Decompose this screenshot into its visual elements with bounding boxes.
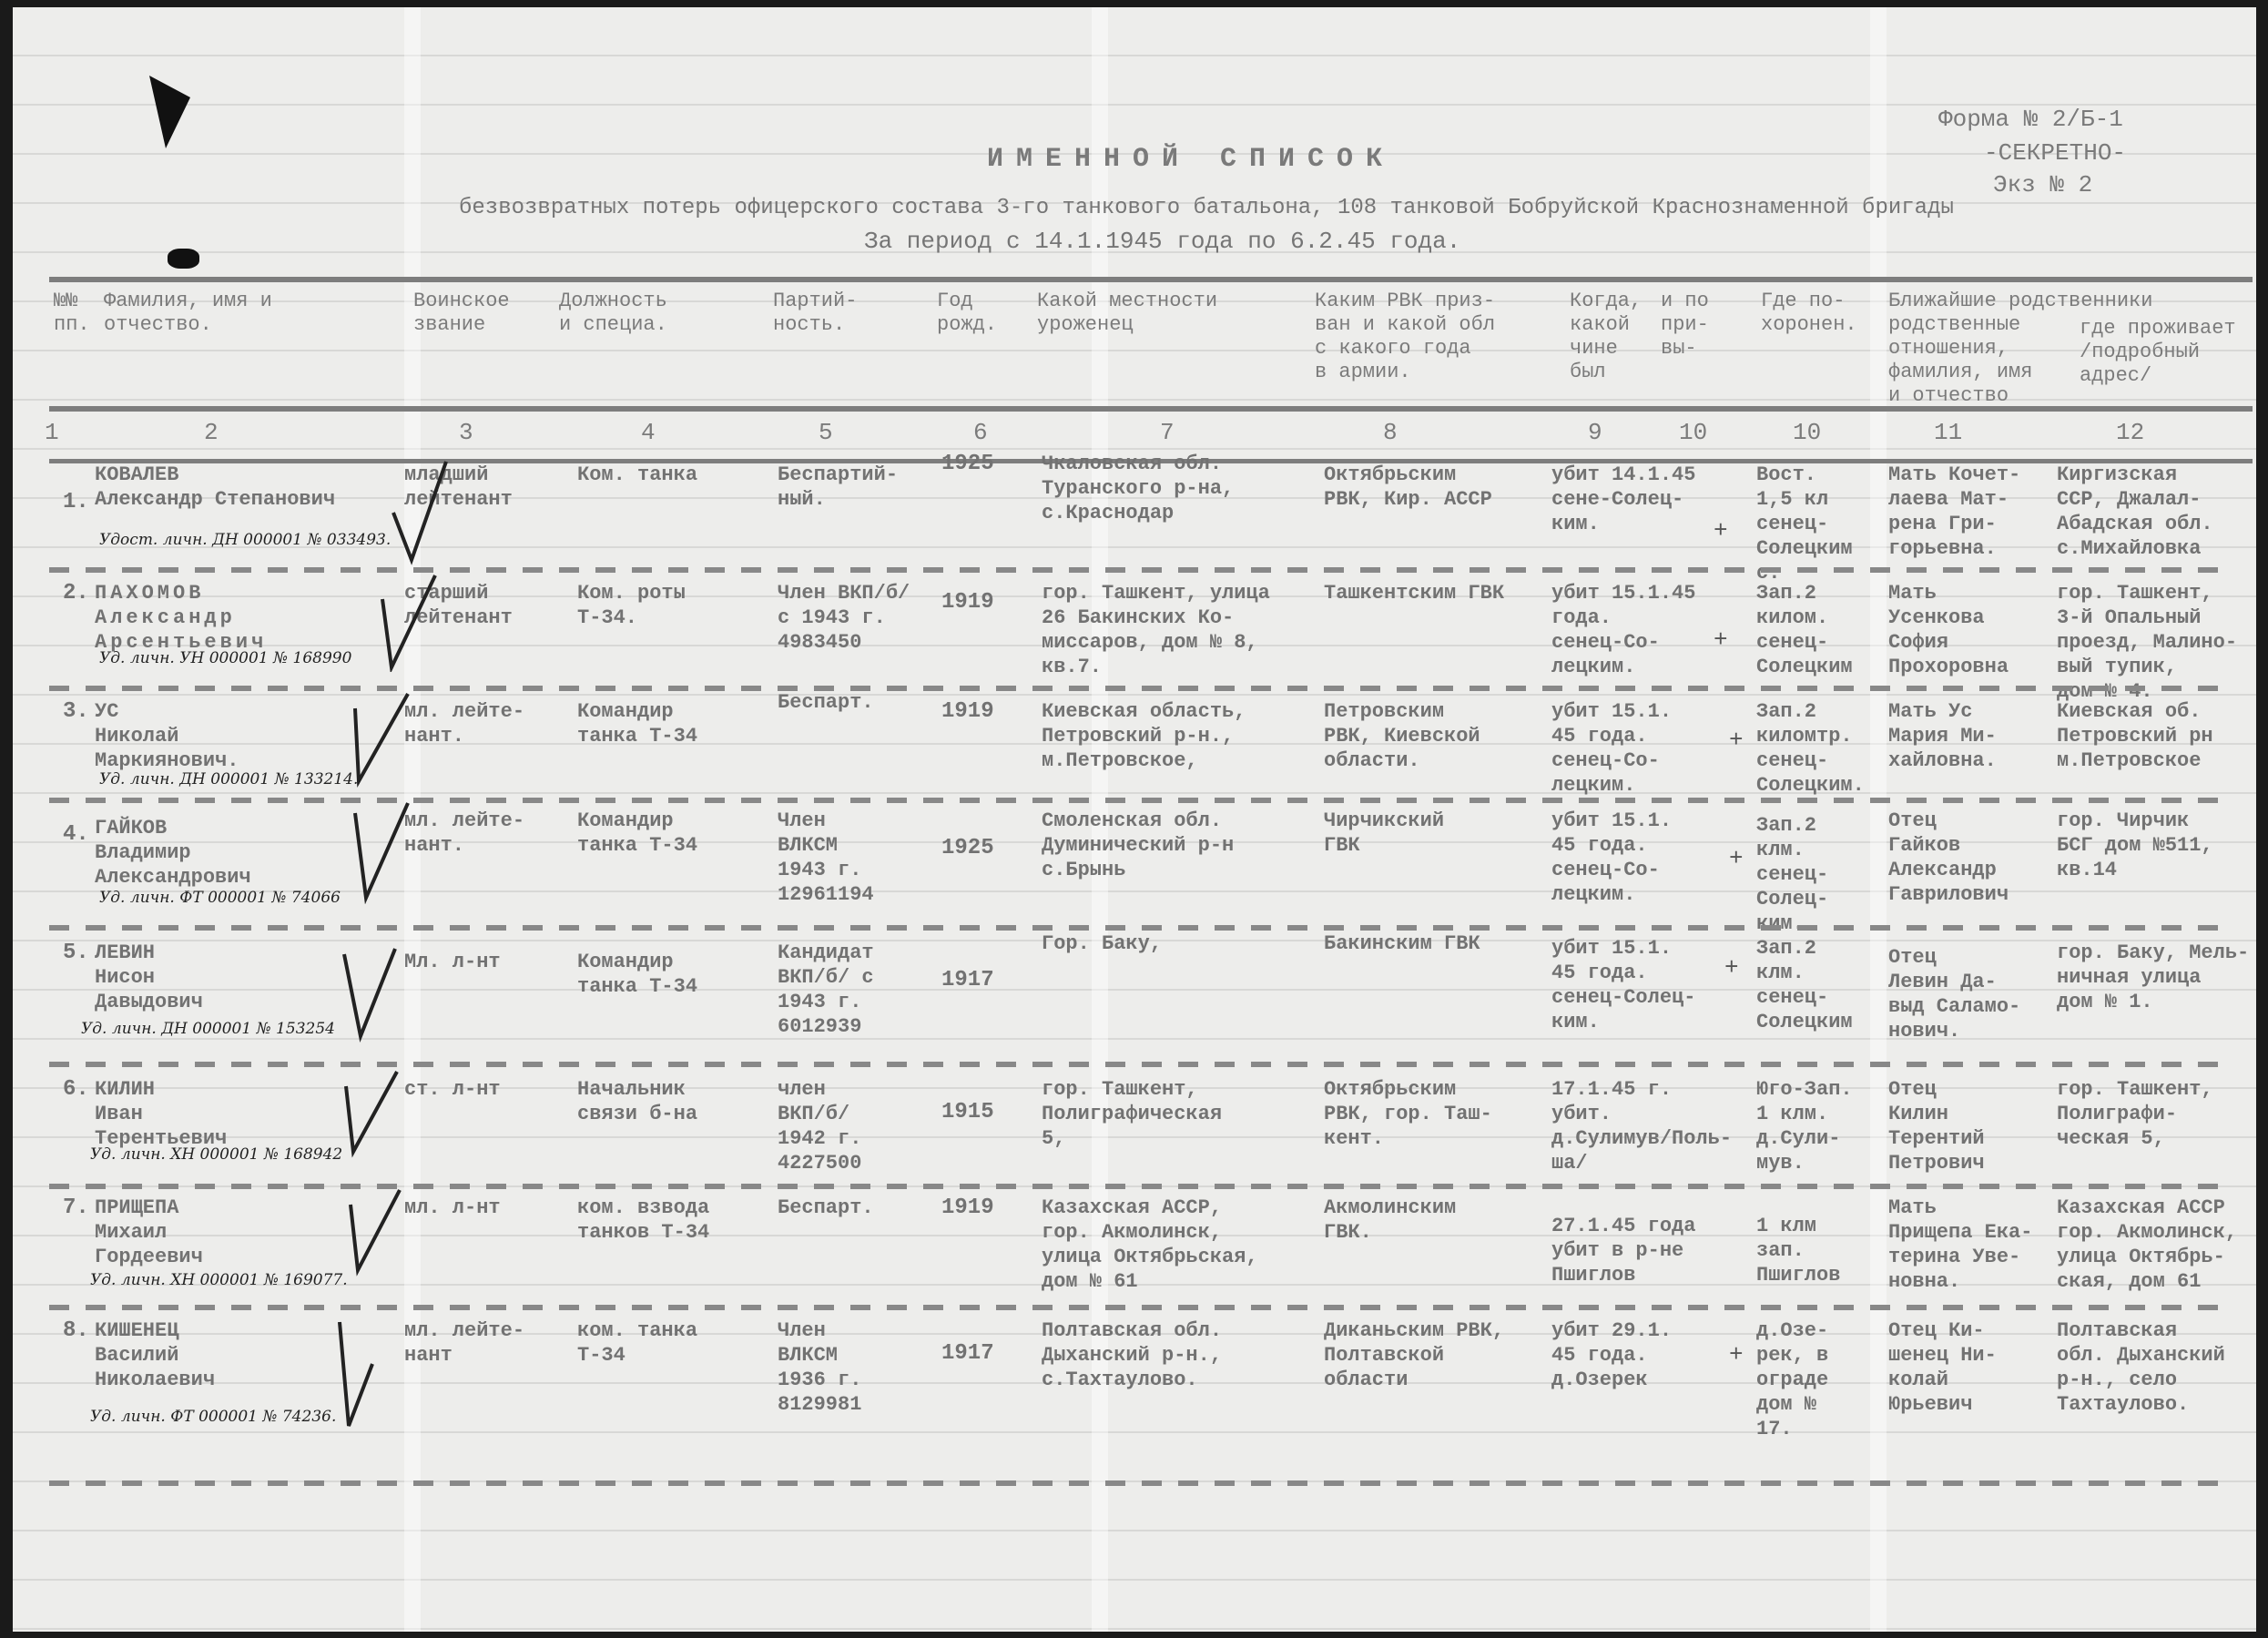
kin-address: гор. Чирчик БСГ дом №511, кв.14 xyxy=(2057,809,2213,882)
col-header-circumstance: и по при- вы- xyxy=(1661,290,1709,361)
rank: Мл. л-нт xyxy=(404,950,501,974)
col-number: 7 xyxy=(1160,419,1175,446)
birth-year: 1919 xyxy=(941,1195,994,1220)
birth-year: 1919 xyxy=(941,590,994,615)
copy-number: Экз № 2 xyxy=(1993,171,2092,198)
burial-place: Зап.2 клм. сенец- Солец- ким. xyxy=(1756,813,1828,936)
birth-year: 1925 xyxy=(941,452,994,476)
draft-office: Диканьским РВК, Полтавской области xyxy=(1324,1318,1504,1392)
page-title: ИМЕННОЙ СПИСОК xyxy=(987,144,1395,175)
rank: ст. л-нт xyxy=(404,1077,501,1102)
row-separator xyxy=(49,1480,2234,1486)
col-header-birthplace: Какой местности уроженец xyxy=(1037,290,1217,337)
cross-mark-icon: + xyxy=(1729,845,1744,872)
col-header-position: Должность и специа. xyxy=(559,290,667,337)
birth-year: 1925 xyxy=(941,836,994,860)
birthplace: гор. Ташкент, Полиграфическая 5, xyxy=(1042,1077,1222,1151)
col-number: 6 xyxy=(973,419,988,446)
draft-office: Бакинским ГВК xyxy=(1324,931,1480,956)
burial-place: Юго-Зап. 1 клм. д.Сули- мув. xyxy=(1756,1077,1853,1175)
position: Ком. танка xyxy=(577,463,697,487)
party: Беспарт. xyxy=(778,1195,874,1220)
party: Член ВЛКСМ 1936 г. 8129981 xyxy=(778,1318,861,1417)
handwritten-check-icon xyxy=(345,1186,409,1277)
position: Начальник связи б-на xyxy=(577,1077,697,1126)
draft-office: Ташкентским ГВК xyxy=(1324,581,1504,605)
party: Беспарт. xyxy=(778,690,874,715)
next-of-kin: Мать Усенкова София Прохоровна xyxy=(1888,581,2009,679)
person-name: ПРИЩЕПА Михаил Гордеевич xyxy=(95,1195,203,1269)
death-circumstance: убит 14.1.45 сене-Солец- ким. xyxy=(1551,463,1695,536)
position: Ком. роты Т-34. xyxy=(577,581,686,630)
subtitle: безвозвратных потерь офицерского состава… xyxy=(459,196,1954,220)
burial-place: д.Озе- рек, в ограде дом № 17. xyxy=(1756,1318,1828,1441)
col-header-party: Партий- ность. xyxy=(773,290,857,337)
death-circumstance: убит 15.1.45 года. сенец-Со- лецким. xyxy=(1551,581,1695,679)
col-number: 2 xyxy=(204,419,219,446)
handwritten-check-icon xyxy=(341,945,404,1045)
draft-office: Акмолинским ГВК. xyxy=(1324,1195,1456,1245)
kin-address: Киевская об. Петровский рн м.Петровское xyxy=(2057,699,2213,773)
birth-year: 1915 xyxy=(941,1100,994,1124)
kin-address: Полтавская обл. Дыханский р-н., село Тах… xyxy=(2057,1318,2225,1417)
birth-year: 1917 xyxy=(941,1341,994,1366)
person-name: ЛЕВИН Нисон Давыдович xyxy=(95,941,203,1014)
col-number: 1 xyxy=(45,419,59,446)
col-number: 10 xyxy=(1679,419,1707,446)
draft-office: Петровским РВК, Киевской области. xyxy=(1324,699,1480,773)
person-name: КИШЕНЕЦ Василий Николаевич xyxy=(95,1318,215,1392)
id-document-note: Уд. личн. УН 000001 № 168990 xyxy=(99,649,351,667)
next-of-kin: Мать Кочет- лаева Мат- рена Гри- горьевн… xyxy=(1888,463,2020,561)
death-circumstance: 27.1.45 года убит в р-не Пшиглов xyxy=(1551,1214,1695,1287)
birthplace: Гор. Баку, xyxy=(1042,931,1162,956)
col-number: 8 xyxy=(1383,419,1398,446)
cross-mark-icon: + xyxy=(1724,954,1739,982)
col-header-rank: Воинское звание xyxy=(413,290,510,337)
birthplace: Полтавская обл. Дыханский р-н., с.Тахтау… xyxy=(1042,1318,1222,1392)
kin-address: Киргизская ССР, Джалал- Абадская обл. с.… xyxy=(2057,463,2213,561)
col-number: 10 xyxy=(1793,419,1821,446)
form-label: Форма № 2/Б-1 xyxy=(1938,106,2123,133)
death-circumstance: убит 15.1. 45 года. сенец-Солец- ким. xyxy=(1551,936,1695,1034)
rank: мл. лейте- нант. xyxy=(404,699,524,748)
party: Член ВКП/б/ с 1943 г. 4983450 xyxy=(778,581,910,655)
col-header-rvk: Каким РВК приз- ван и какой обл с какого… xyxy=(1315,290,1495,384)
id-document-note: Уд. личн. ДН 000001 № 133214. xyxy=(99,770,358,788)
kin-address: гор. Ташкент, Полиграфи- ческая 5, xyxy=(2057,1077,2213,1151)
row-separator xyxy=(49,1062,2234,1067)
id-document-note: Уд. личн. ФТ 000001 № 74236. xyxy=(90,1408,336,1426)
position: ком. взвода танков Т-34 xyxy=(577,1195,709,1245)
row-separator xyxy=(49,925,2234,931)
party: Беспартий- ный. xyxy=(778,463,898,512)
draft-office: Октябрьским РВК, гор. Таш- кент. xyxy=(1324,1077,1492,1151)
header-top-rule xyxy=(49,277,2253,282)
person-name: ГАЙКОВ Владимир Александрович xyxy=(95,816,251,890)
id-document-note: Удост. личн. ДН 000001 № 033493. xyxy=(99,531,391,549)
handwritten-check-icon xyxy=(341,1068,404,1159)
kin-address: Казахская АССР гор. Акмолинск, улица Окт… xyxy=(2057,1195,2237,1294)
birthplace: Казахская АССР, гор. Акмолинск, улица Ок… xyxy=(1042,1195,1258,1294)
person-name: КОВАЛЕВ Александр Степанович xyxy=(95,463,335,512)
person-name: УС Николай Маркиянович. xyxy=(95,699,239,773)
id-document-note: Уд. личн. ФТ 000001 № 74066 xyxy=(99,889,341,907)
rank: мл. лейте- нант xyxy=(404,1318,524,1368)
secrecy-mark: -СЕКРЕТНО- xyxy=(1984,139,2126,167)
next-of-kin: Отец Килин Терентий Петрович xyxy=(1888,1077,1985,1175)
next-of-kin: Отец Гайков Александр Гаврилович xyxy=(1888,809,2009,907)
person-name: КИЛИН Иван Терентьевич xyxy=(95,1077,227,1151)
handwritten-check-icon xyxy=(350,799,413,904)
party: член ВКП/б/ 1942 г. 4227500 xyxy=(778,1077,861,1175)
col-number: 9 xyxy=(1588,419,1602,446)
birthplace: Киевская область, Петровский р-н., м.Пет… xyxy=(1042,699,1246,773)
next-of-kin: Отец Ки- шенец Ни- колай Юрьевич xyxy=(1888,1318,1997,1417)
period: За период с 14.1.1945 года по 6.2.45 год… xyxy=(864,228,1460,255)
burial-place: Зап.2 клм. сенец- Солецким xyxy=(1756,936,1853,1034)
person-name: ПАХОМОВ Александр Арсентьевич xyxy=(95,581,267,655)
torn-hole xyxy=(168,249,199,269)
burial-place: Зап.2 киломтр. сенец- Солецким. xyxy=(1756,699,1865,798)
burial-place: 1 клм зап. Пшиглов xyxy=(1756,1214,1840,1287)
col-header-buried: Где по- хоронен. xyxy=(1761,290,1857,337)
kin-address: гор. Баку, Мель- ничная улица дом № 1. xyxy=(2057,941,2249,1014)
id-document-note: Уд. личн. ДН 000001 № 153254 xyxy=(81,1020,335,1038)
birthplace: Чкаловская обл. Туранского р-на, с.Красн… xyxy=(1042,452,1234,525)
cross-mark-icon: + xyxy=(1729,727,1744,754)
col-header-name: Фамилия, имя и отчество. xyxy=(104,290,272,337)
col-number: 12 xyxy=(2116,419,2144,446)
next-of-kin: Мать Ус Мария Ми- хайловна. xyxy=(1888,699,1997,773)
position: Командир танка Т-34 xyxy=(577,809,697,858)
death-circumstance: 17.1.45 г. убит. д.Сулимув/Поль- ша/ xyxy=(1551,1077,1732,1175)
birth-year: 1917 xyxy=(941,968,994,992)
col-number: 4 xyxy=(641,419,656,446)
col-number: 3 xyxy=(459,419,473,446)
cross-mark-icon: + xyxy=(1714,626,1728,654)
draft-office: Октябрьским РВК, Кир. АССР xyxy=(1324,463,1492,512)
col-number: 11 xyxy=(1934,419,1962,446)
next-of-kin: Мать Прищепа Ека- терина Уве- новна. xyxy=(1888,1195,2032,1294)
rank: мл. лейте- нант. xyxy=(404,809,524,858)
torn-hole xyxy=(149,76,190,148)
cross-mark-icon: + xyxy=(1714,517,1728,544)
col-header-no: №№ пп. xyxy=(54,290,90,337)
death-circumstance: убит 29.1. 45 года. д.Озерек xyxy=(1551,1318,1672,1392)
col-header-year: Год рожд. xyxy=(937,290,997,337)
birthplace: гор. Ташкент, улица 26 Бакинских Ко- мис… xyxy=(1042,581,1270,679)
handwritten-check-icon xyxy=(386,458,450,567)
position: Командир танка Т-34 xyxy=(577,699,697,748)
birth-year: 1919 xyxy=(941,699,994,724)
position: ком. танка Т-34 xyxy=(577,1318,697,1368)
birthplace: Смоленская обл. Думинический р-н с.Брынь xyxy=(1042,809,1234,882)
handwritten-check-icon xyxy=(377,572,441,672)
paper-fold xyxy=(1870,7,1887,1632)
cross-mark-icon: + xyxy=(1729,1341,1744,1368)
id-document-note: Уд. личн. ХН 000001 № 168942 xyxy=(90,1145,342,1164)
party: Член ВЛКСМ 1943 г. 12961194 xyxy=(778,809,874,907)
next-of-kin: Отец Левин Да- выд Саламо- нович. xyxy=(1888,945,2020,1043)
rank: мл. л-нт xyxy=(404,1195,501,1220)
draft-office: Чирчикский ГВК xyxy=(1324,809,1444,858)
position: Командир танка Т-34 xyxy=(577,950,697,999)
col-header-when: Когда, какой чине был xyxy=(1570,290,1642,384)
col-header-address: где проживает /подробный адрес/ xyxy=(2080,317,2236,388)
row-separator xyxy=(49,1305,2234,1310)
handwritten-check-icon xyxy=(350,690,413,790)
death-circumstance: убит 15.1. 45 года. сенец-Со- лецким. xyxy=(1551,699,1672,798)
handwritten-check-icon xyxy=(336,1318,400,1432)
death-circumstance: убит 15.1. 45 года. сенец-Со- лецким. xyxy=(1551,809,1672,907)
id-document-note: Уд. личн. ХН 000001 № 169077. xyxy=(90,1271,348,1289)
scanned-document-sheet: Форма № 2/Б-1 -СЕКРЕТНО- Экз № 2 ИМЕННОЙ… xyxy=(13,7,2256,1632)
party: Кандидат ВКП/б/ с 1943 г. 6012939 xyxy=(778,941,874,1039)
col-number: 5 xyxy=(819,419,833,446)
burial-place: Зап.2 килом. сенец- Солецким xyxy=(1756,581,1853,679)
